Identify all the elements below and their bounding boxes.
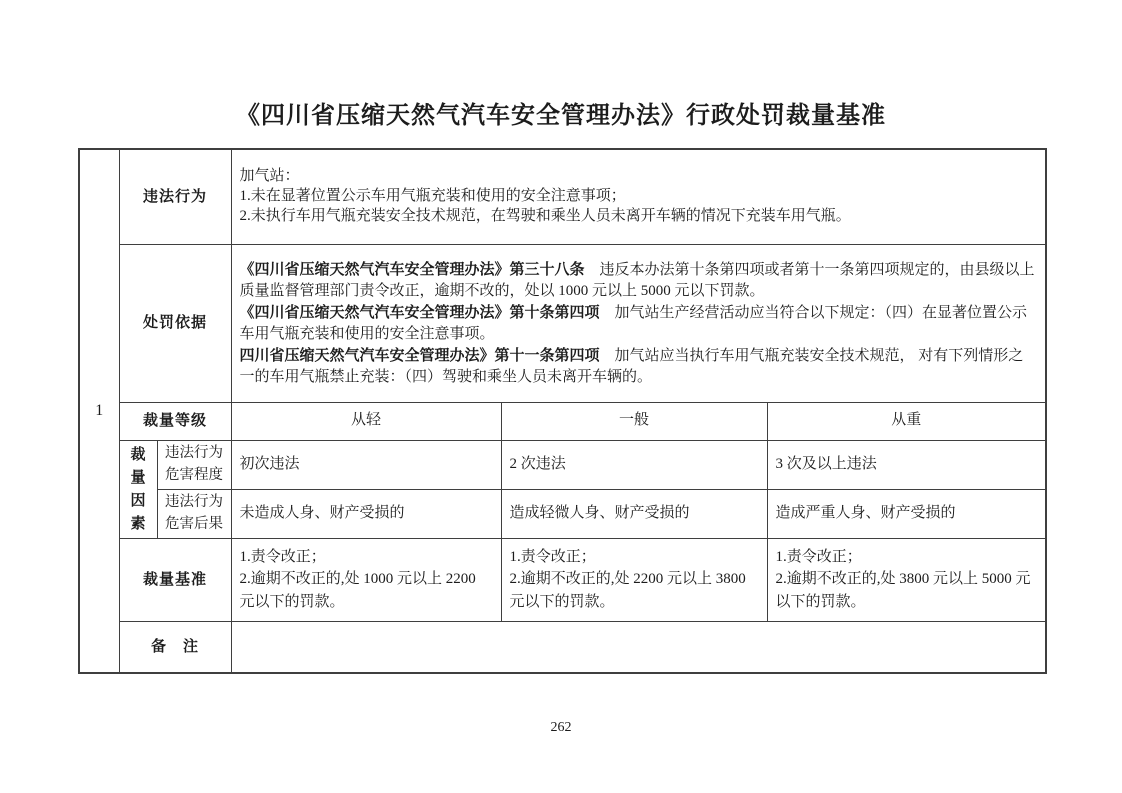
basis-item: 《四川省压缩天然气汽车安全管理办法》第十条第四项 加气站生产经营活动应当符合以下…	[240, 302, 1038, 345]
basis-content: 《四川省压缩天然气汽车安全管理办法》第三十八条 违反本办法第十条第四项或者第十一…	[231, 244, 1046, 402]
standard-normal: 1.责令改正； 2.逾期不改正的,处 2200 元以上 3800 元以下的罚款。	[501, 538, 767, 621]
remark-content-cell	[231, 621, 1046, 673]
row-basis: 处罚依据 《四川省压缩天然气汽车安全管理办法》第三十八条 违反本办法第十条第四项…	[79, 244, 1046, 402]
law-citation: 四川省压缩天然气汽车安全管理办法》第十一条第四项	[240, 347, 600, 364]
level-heavy: 从重	[767, 402, 1046, 440]
basis-label: 处罚依据	[119, 244, 231, 402]
page-number: 262	[0, 720, 1122, 736]
consequence-light: 未造成人身、财产受损的	[231, 489, 501, 538]
document-page: 《四川省压缩天然气汽车安全管理办法》行政处罚裁量基准 1 违法行为 加气站： 1…	[0, 0, 1122, 793]
degree-normal: 2 次违法	[501, 440, 767, 489]
row-standard: 裁量基准 1.责令改正； 2.逾期不改正的,处 1000 元以上 2200 元以…	[79, 538, 1046, 621]
row-violation: 1 违法行为 加气站： 1.未在显著位置公示车用气瓶充装和使用的安全注意事项； …	[79, 149, 1046, 244]
basis-item: 四川省压缩天然气汽车安全管理办法》第十一条第四项 加气站应当执行车用气瓶充装安全…	[240, 345, 1038, 388]
law-citation: 《四川省压缩天然气汽车安全管理办法》第十条第四项	[240, 304, 600, 321]
factors-label: 裁量因素	[119, 440, 157, 538]
level-light: 从轻	[231, 402, 501, 440]
basis-item: 《四川省压缩天然气汽车安全管理办法》第三十八条 违反本办法第十条第四项或者第十一…	[240, 259, 1038, 302]
remark-label: 备 注	[119, 621, 231, 673]
violation-label: 违法行为	[119, 149, 231, 244]
standard-heavy: 1.责令改正； 2.逾期不改正的,处 3800 元以上 5000 元以下的罚款。	[767, 538, 1046, 621]
row-number-cell: 1	[79, 149, 119, 673]
law-citation: 《四川省压缩天然气汽车安全管理办法》第三十八条	[240, 261, 585, 278]
page-title: 《四川省压缩天然气汽车安全管理办法》行政处罚裁量基准	[0, 95, 1122, 130]
degree-light: 初次违法	[231, 440, 501, 489]
consequence-label: 违法行为危害后果	[157, 489, 231, 538]
factors-label-text: 裁量因素	[131, 443, 146, 536]
row-factor-degree: 裁量因素 违法行为危害程度 初次违法 2 次违法 3 次及以上违法	[79, 440, 1046, 489]
degree-heavy: 3 次及以上违法	[767, 440, 1046, 489]
row-level: 裁量等级 从轻 一般 从重	[79, 402, 1046, 440]
level-normal: 一般	[501, 402, 767, 440]
consequence-heavy: 造成严重人身、财产受损的	[767, 489, 1046, 538]
level-label: 裁量等级	[119, 402, 231, 440]
degree-label: 违法行为危害程度	[157, 440, 231, 489]
row-remark: 备 注	[79, 621, 1046, 673]
penalty-standards-table: 1 违法行为 加气站： 1.未在显著位置公示车用气瓶充装和使用的安全注意事项； …	[78, 148, 1047, 674]
row-factor-consequence: 违法行为危害后果 未造成人身、财产受损的 造成轻微人身、财产受损的 造成严重人身…	[79, 489, 1046, 538]
consequence-normal: 造成轻微人身、财产受损的	[501, 489, 767, 538]
standard-light: 1.责令改正； 2.逾期不改正的,处 1000 元以上 2200 元以下的罚款。	[231, 538, 501, 621]
standard-label: 裁量基准	[119, 538, 231, 621]
violation-content: 加气站： 1.未在显著位置公示车用气瓶充装和使用的安全注意事项； 2.未执行车用…	[231, 149, 1046, 244]
